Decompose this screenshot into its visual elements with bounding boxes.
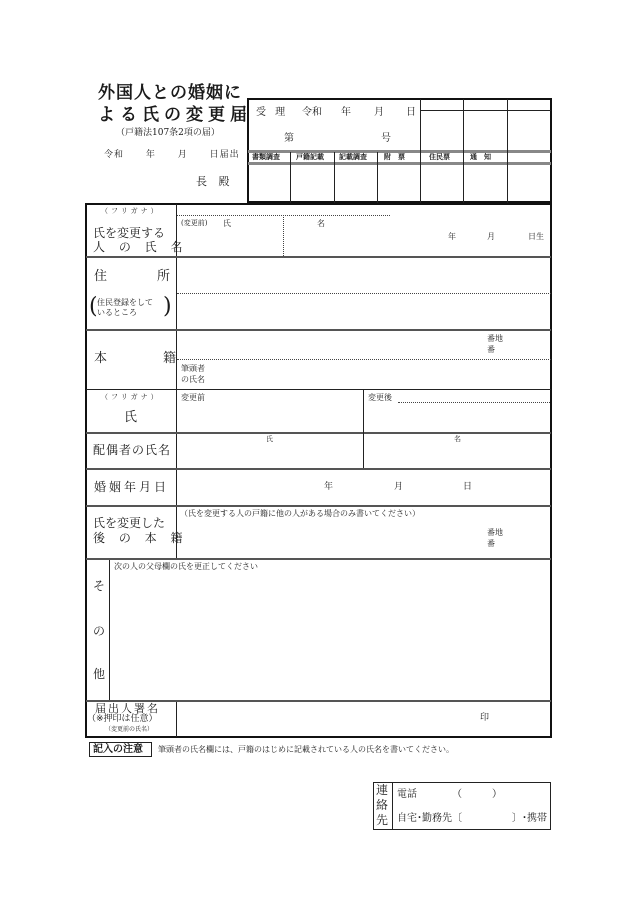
address-field[interactable] [177, 257, 551, 293]
spouse-given-name-field[interactable] [364, 433, 551, 468]
phone-type-field[interactable] [397, 810, 549, 828]
other-label-char-3: 他 [93, 668, 105, 680]
surname-furigana-label: （フリガナ） [101, 394, 161, 401]
signature-field[interactable] [177, 701, 477, 737]
other-label-char-1: そ [93, 580, 105, 592]
household-head-label-1: 筆頭者 [181, 365, 205, 373]
notice-badge: 記入の注意 [89, 742, 152, 757]
addressee-label: 長 殿 [196, 176, 234, 187]
filing-date-field[interactable] [100, 146, 240, 164]
municipality-field[interactable] [100, 170, 194, 192]
office-col-registry-entry: 戸籍記載 [296, 154, 324, 161]
surname-before-field[interactable] [177, 390, 363, 432]
form-title-line2: よる氏の変更届 [98, 107, 252, 124]
household-head-label-2: の氏名 [181, 376, 205, 384]
other-label-char-2: の [93, 625, 105, 637]
received-label: 受 理 [256, 108, 288, 118]
applicant-given-name-field[interactable] [284, 216, 390, 256]
address-note-paren-close: ) [163, 296, 172, 318]
birth-date-field[interactable] [391, 216, 551, 256]
office-col-resident-record: 住民票 [429, 154, 450, 161]
signature-label-3: （変更前の氏名） [105, 727, 153, 733]
form-title-line1: 外国人との婚姻に [98, 85, 242, 102]
contact-label-char-1: 連 [376, 784, 388, 796]
honseki-banchi-label: 番地 [487, 335, 503, 343]
spouse-surname-field[interactable] [177, 433, 363, 468]
address-note-1: 住民登録をして [97, 299, 153, 307]
marriage-date-label: 婚姻年月日 [94, 481, 169, 493]
surname-label: 氏 [124, 411, 137, 424]
honseki-ban-label: 番 [487, 346, 495, 354]
new-honseki-label-2: 後 の 本 籍 [93, 532, 187, 544]
form-subtitle: （戸籍法107条2項の届） [116, 129, 220, 138]
received-year: 年 [341, 108, 351, 118]
received-era: 令和 [302, 108, 322, 118]
seal-mark: 印 [480, 714, 489, 723]
address-field-line2[interactable] [177, 294, 551, 329]
contact-label-char-2: 絡 [376, 799, 388, 811]
other-field[interactable] [110, 575, 551, 700]
marriage-date-field[interactable] [177, 469, 551, 505]
honseki-label: 本 籍 [94, 352, 186, 365]
notice-text: 筆頭者の氏名欄には、戸籍のはじめに記載されている人の氏名を書いてください。 [158, 746, 454, 754]
office-col-attachment: 附 票 [384, 154, 405, 161]
applicant-furigana-label: （フリガナ） [101, 208, 161, 215]
office-col-document-check: 書類調査 [252, 154, 280, 161]
new-honseki-field[interactable] [177, 520, 477, 558]
applicant-name-label-2: 人 の 氏 名 [93, 241, 187, 253]
number-suffix: 号 [381, 134, 391, 144]
contact-label-char-3: 先 [376, 814, 388, 826]
received-month: 月 [374, 108, 384, 118]
office-col-entry-check: 記載調査 [339, 154, 367, 161]
honseki-field[interactable] [177, 330, 477, 359]
office-col-notification: 通 知 [470, 154, 491, 161]
applicant-surname-field[interactable] [177, 216, 283, 256]
surname-after-field[interactable] [364, 390, 551, 432]
signature-label-1: 届出人署名 [95, 703, 160, 714]
notice-badge-label: 記入の注意 [93, 744, 143, 755]
address-label: 住 所 [94, 270, 178, 283]
phone-number-field[interactable] [425, 786, 549, 804]
household-head-name-field[interactable] [212, 360, 551, 389]
new-honseki-note: （氏を変更する人の戸籍に他の人がある場合のみ書いてください） [180, 510, 420, 518]
applicant-furigana-field[interactable] [177, 204, 551, 215]
applicant-name-label-1: 氏を変更する [93, 227, 165, 239]
new-honseki-banchi-label: 番地 [487, 529, 503, 537]
number-prefix: 第 [284, 134, 294, 144]
phone-label: 電話 [397, 790, 417, 800]
other-instruction: 次の人の父母欄の氏を更正してください [114, 563, 258, 571]
address-note-2: いるところ [97, 309, 137, 317]
new-honseki-label-1: 氏を変更した [93, 517, 165, 529]
signature-label-2: （※押印は任意） [87, 715, 158, 724]
new-honseki-ban-label: 番 [487, 540, 495, 548]
received-day: 日 [406, 108, 416, 118]
spouse-label: 配偶者の氏名 [93, 444, 171, 456]
